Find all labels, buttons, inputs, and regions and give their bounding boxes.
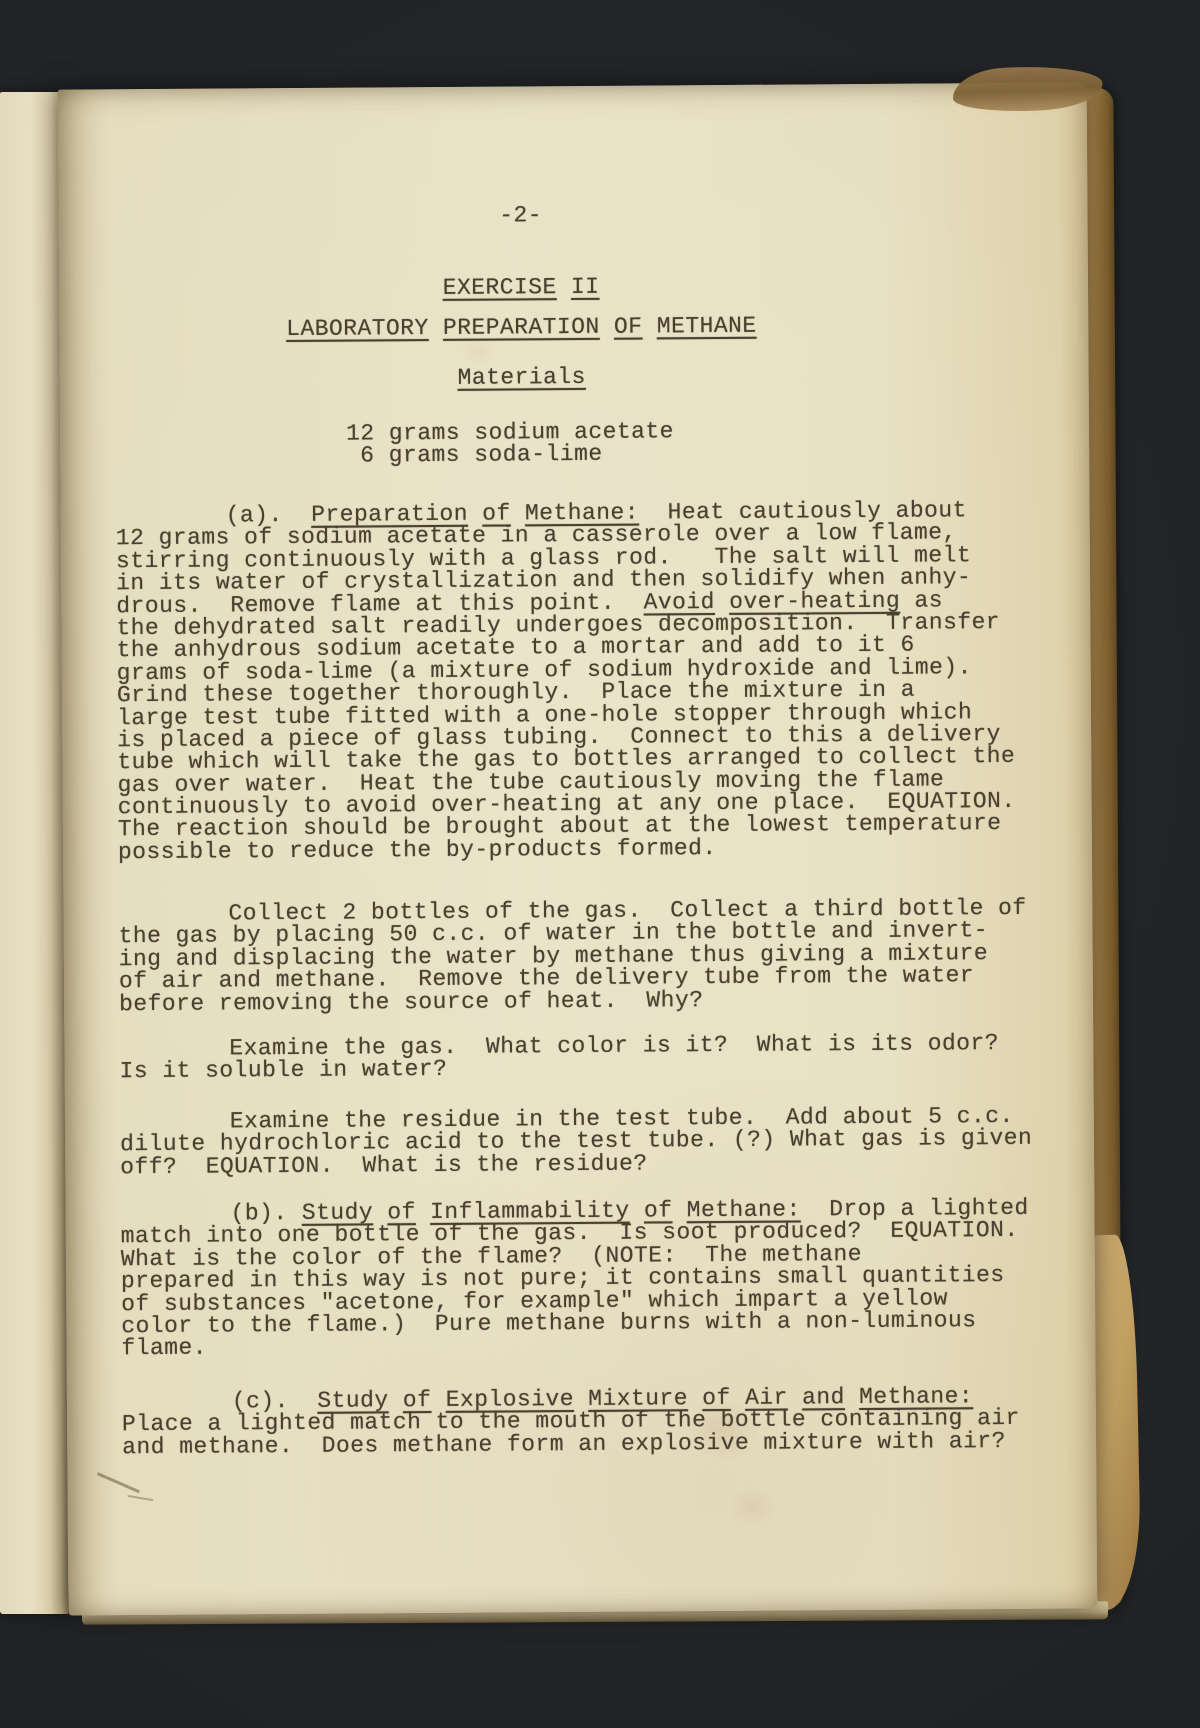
exercise-subtitle: LABORATORY PREPARATION OF METHANE [59, 313, 983, 342]
paragraph-explosive-mixture-study: (c). Study of Explosive Mixture of Air a… [122, 1385, 1020, 1458]
underlined-word: METHANE [657, 313, 757, 340]
text-line: off? EQUATION. What is the residue? [120, 1150, 1032, 1179]
page-number: -2- [59, 201, 983, 230]
underlined-word: II [571, 274, 600, 300]
paragraph-collect-bottles: Collect 2 bottles of the gas. Collect a … [118, 897, 1027, 1015]
materials-list: 12 grams sodium acetate6 grams soda-lime [346, 420, 674, 467]
facing-page-edge [0, 92, 68, 1614]
text-line: possible to reduce the by-products forme… [118, 835, 1016, 864]
book-scan: -2- EXERCISE II LABORATORY PREPARATION O… [0, 0, 1200, 1728]
exercise-title: EXERCISE II [59, 273, 983, 302]
underlined-word: PREPARATION [443, 314, 600, 341]
text-line: color to the flame.) Pure methane burns … [121, 1309, 1029, 1338]
text-line: 6 grams soda-lime [346, 443, 674, 468]
underlined-word: LABORATORY [286, 315, 429, 342]
document-page: -2- EXERCISE II LABORATORY PREPARATION O… [58, 82, 1098, 1615]
underlined-word: EXERCISE [443, 274, 557, 301]
text-line: before removing the source of heat. Why? [119, 986, 1027, 1015]
paragraph-inflammability-study: (b). Study of Inflammability of Methane:… [120, 1197, 1029, 1360]
materials-heading: Materials [60, 363, 984, 392]
paragraph-examine-gas: Examine the gas. What color is it? What … [119, 1032, 999, 1083]
paragraph-examine-residue: Examine the residue in the test tube. Ad… [120, 1105, 1033, 1179]
paragraph-preparation-of-methane: (a). Preparation of Methane: Heat cautio… [116, 499, 1016, 864]
underlined-word: OF [614, 314, 643, 340]
underlined-word: Materials [457, 364, 585, 391]
typewritten-content: -2- EXERCISE II LABORATORY PREPARATION O… [58, 82, 1098, 1615]
text-line: and methane. Does methane form an explos… [122, 1430, 1020, 1459]
